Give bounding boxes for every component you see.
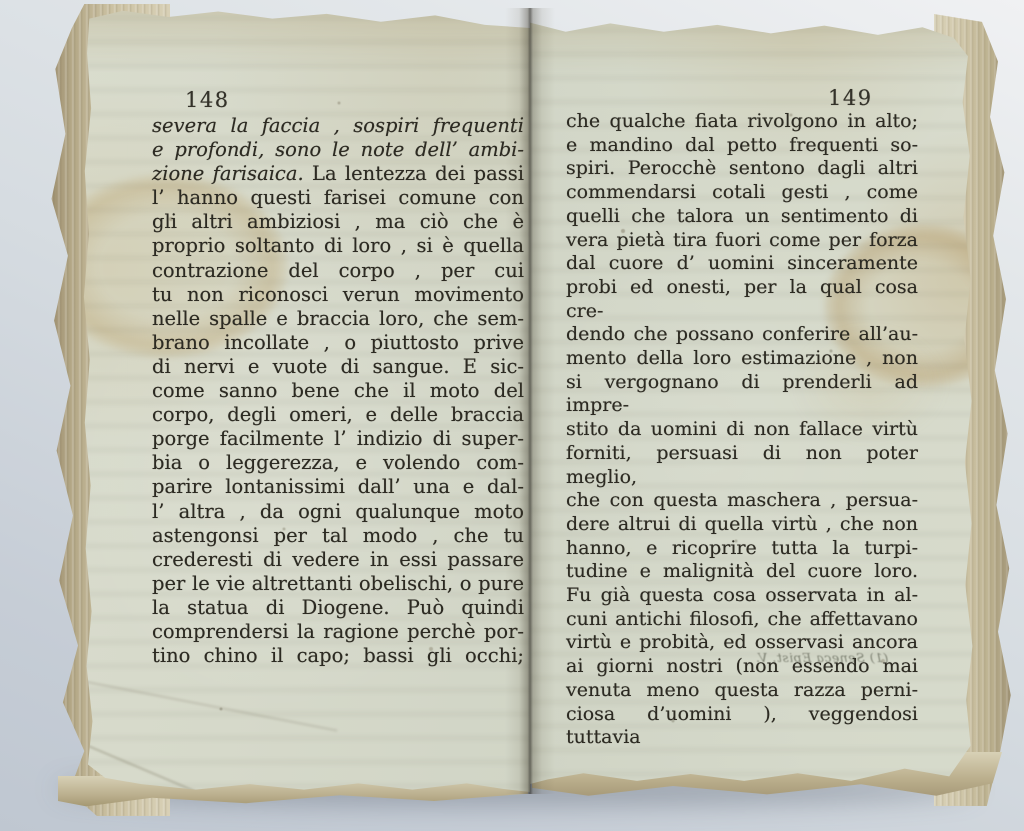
text-line: e profondi, sono le note dell’ ambi- <box>152 138 524 162</box>
text-line: parire lontanissimi dall’ una e dal- <box>152 475 524 499</box>
stain <box>530 18 976 74</box>
footnote-showthrough: (1) Seneca Epist. V. <box>733 650 911 665</box>
text-line: cuni antichi filosofi, che affettavano <box>566 608 918 632</box>
text-line: spiri. Perocchè sentono dagli altri <box>566 157 918 181</box>
stain <box>78 6 530 70</box>
text-line: severa la faccia , sospiri frequenti <box>152 114 524 138</box>
text-line: che qualche fiata rivolgono in alto; <box>566 110 918 134</box>
text-line: gli altri ambiziosi , ma ciò che è <box>152 210 524 234</box>
text-line: bia o leggerezza, e volendo com- <box>152 451 524 475</box>
text-line: venuta meno questa razza perni- <box>566 679 918 703</box>
text-line: porge facilmente l’ indizio di super- <box>152 427 524 451</box>
text-line: brano incollate , o piuttosto prive <box>152 331 524 355</box>
text-line: hanno, e ricoprire tutta la turpi- <box>566 537 918 561</box>
text-line: comprendersi la ragione perchè por- <box>152 620 524 644</box>
text-line: l’ altra , da ogni qualunque moto <box>152 500 524 524</box>
text-line: Fu già questa cosa osservata in al- <box>566 584 918 608</box>
text-line: la statua di Diogene. Può quindi <box>152 596 524 620</box>
text-line: astengonsi per tal modo , che tu <box>152 524 524 548</box>
text-line: proprio soltanto di loro , si è quella <box>152 234 524 258</box>
text-line: ciosa d’uomini ), veggendosi tuttavia <box>566 703 918 750</box>
text-line: dal cuore d’ uomini sinceramente <box>566 252 918 276</box>
page-number-right: 149 <box>828 86 873 110</box>
text-line: stito da uomini di non fallace virtù <box>566 418 918 442</box>
text-line: dere altrui di quella virtù , che non <box>566 513 918 537</box>
text-line: si vergognano di prenderli ad impre- <box>566 371 918 418</box>
page-right: 149 che qualche fiata rivolgono in alto;… <box>530 18 976 784</box>
text-line: corpo, degli omeri, e delle braccia <box>152 403 524 427</box>
text-line: che con questa maschera , persua- <box>566 489 918 513</box>
text-line: zione farisaica. La lentezza dei passi <box>152 162 524 186</box>
text-line: probi ed onesti, per la qual cosa cre- <box>566 276 918 323</box>
text-line: mento della loro estimazione , non <box>566 347 918 371</box>
paper-crease <box>82 680 338 732</box>
page-left: 148 severa la faccia , sospiri frequenti… <box>78 6 530 792</box>
text-line: contrazione del corpo , per cui <box>152 259 524 283</box>
text-line: commendarsi cotali gesti , come <box>566 181 918 205</box>
text-line: quelli che talora un sentimento di <box>566 205 918 229</box>
text-line: crederesti di vedere in essi passare <box>152 548 524 572</box>
text-line: dendo che possano conferire all’au- <box>566 323 918 347</box>
text-line: l’ hanno questi farisei comune con <box>152 186 524 210</box>
text-line: tudine e malignità del cuore loro. <box>566 560 918 584</box>
page-number-left: 148 <box>185 88 230 112</box>
foxing-specks <box>78 6 80 8</box>
text-line: di nervi e vuote di sangue. E sic- <box>152 355 524 379</box>
text-line: nelle spalle e braccia loro, che sem- <box>152 307 524 331</box>
text-line: vera pietà tira fuori come per forza <box>566 229 918 253</box>
text-line: tu non riconosci verun movimento <box>152 283 524 307</box>
text-line: come sanno bene che il moto del <box>152 379 524 403</box>
text-line: forniti, persuasi di non poter meglio, <box>566 442 918 489</box>
left-page-text: severa la faccia , sospiri frequentie pr… <box>152 114 524 668</box>
foxing-specks <box>530 18 532 20</box>
text-line: per le vie altrettanti obelischi, o pure <box>152 572 524 596</box>
text-line: e mandino dal petto frequenti so- <box>566 134 918 158</box>
text-line: tino chino il capo; bassi gli occhi; <box>152 644 524 668</box>
